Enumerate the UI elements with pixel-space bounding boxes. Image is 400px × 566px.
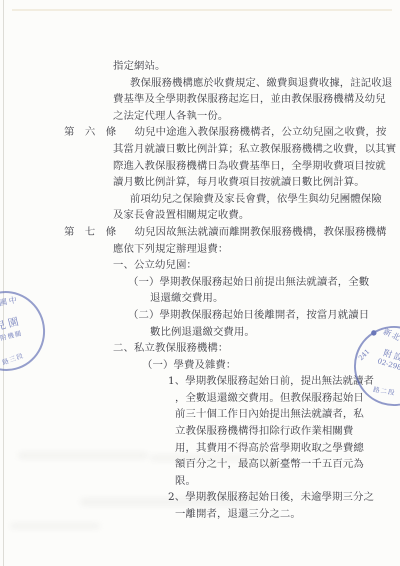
text-line-content: 退還繳交費用。: [150, 292, 223, 304]
text-line-content: 其當月就讀日數比例計算；私立教保服務機構之收費，以其實: [113, 143, 396, 155]
text-line-content: （一）學期教保服務起始日前提出無法就讀者，全數: [128, 276, 369, 288]
text-line-content: 2、學期教保服務起始日後，未逾學期三分之: [168, 491, 374, 503]
text-line: 前三十個工作日內始提出無法就讀者，私: [175, 406, 400, 423]
text-line: （二）學期教保服務起始日後離開者，按當月就讀日: [128, 307, 400, 324]
text-line-content: 際進入教保服務機構日為收費基準日，全學期收費項目按就: [113, 160, 386, 172]
text-line-content: 教保服務機構應於收費規定、繳費與退費收據，註記收退: [130, 77, 392, 89]
text-line-content: 立教保服務機構得扣除行政作業相關費: [175, 425, 353, 437]
article-text: 幼兒中途進入教保服務機構者，公立幼兒園之收費，按: [135, 126, 387, 138]
article-number: 第六條: [64, 126, 127, 138]
text-line: 退還繳交費用。: [150, 290, 400, 307]
text-line: 一離開者，退還三分之二。: [175, 506, 400, 523]
article-text: 幼兒因故無法就讀而離開教保服務機構，教保服務機構: [135, 226, 387, 238]
article-line: 第六條幼兒中途進入教保服務機構者，公立幼兒園之收費，按: [64, 124, 400, 141]
text-line: 用，其費用不得高於當學期收取之學費總: [175, 440, 400, 457]
document-text-block: 指定網站。教保服務機構應於收費規定、繳費與退費收據，註記收退費基準及全學期教保服…: [0, 58, 400, 523]
text-line-content: 數比例退還繳交費用。: [150, 326, 255, 338]
text-line: 前項幼兒之保險費及家長會費，依學生與幼兒團體保險: [130, 191, 400, 208]
text-line-content: 前三十個工作日內始提出無法就讀者，私: [175, 408, 364, 420]
text-line: 立教保服務機構得扣除行政作業相關費: [175, 423, 400, 440]
text-line-content: 費基準及全學期教保服務起迄日，並由教保服務機構及幼兒: [113, 93, 386, 105]
text-line: 際進入教保服務機構日為收費基準日，全學期收費項目按就: [113, 158, 400, 175]
text-line-content: 1、學期教保服務起始日前，提出無法就讀者: [168, 375, 374, 387]
text-line: 其當月就讀日數比例計算；私立教保服務機構之收費，以其實: [113, 141, 400, 158]
scanned-document-page: 指定網站。教保服務機構應於收費規定、繳費與退費收據，註記收退費基準及全學期教保服…: [0, 0, 400, 566]
text-line: （一）學期教保服務起始日前提出無法就讀者，全數: [128, 274, 400, 291]
text-line-content: 一離開者，退還三分之二。: [175, 508, 301, 520]
text-line-content: 額百分之十，最高以新臺幣一千五百元為: [175, 458, 364, 470]
article-line: 第七條幼兒因故無法就讀而離開教保服務機構，教保服務機構: [64, 224, 400, 241]
text-line: 教保服務機構應於收費規定、繳費與退費收據，註記收退: [130, 75, 400, 92]
text-line-content: ，全數退還繳交費用。但教保服務起始日: [175, 392, 364, 404]
text-line-content: 一、公立幼兒園：: [113, 259, 197, 271]
text-line: 應依下列規定辦理退費：: [113, 241, 400, 258]
text-line-content: （一）學費及雜費：: [142, 359, 236, 371]
text-line-content: 讀月數比例計算，每月收費項目按就讀日數比例計算。: [113, 176, 365, 188]
text-line-content: （二）學期教保服務起始日後離開者，按當月就讀日: [128, 309, 369, 321]
scan-smudge: [10, 523, 100, 529]
text-line: 讀月數比例計算，每月收費項目按就讀日數比例計算。: [113, 174, 400, 191]
text-line: 限。: [175, 473, 400, 490]
article-number: 第七條: [64, 226, 127, 238]
text-line: 一、公立幼兒園：: [113, 257, 400, 274]
text-line-content: 限。: [175, 475, 196, 487]
text-line: 2、學期教保服務起始日後，未逾學期三分之: [168, 489, 400, 506]
text-line-content: 用，其費用不得高於當學期收取之學費總: [175, 442, 364, 454]
text-line: 額百分之十，最高以新臺幣一千五百元為: [175, 456, 400, 473]
text-line-content: 前項幼兒之保險費及家長會費，依學生與幼兒團體保險: [130, 193, 382, 205]
text-line-content: 指定網站。: [113, 60, 165, 72]
text-line-content: 應依下列規定辦理退費：: [113, 243, 228, 255]
text-line: 之法定代理人各執一份。: [113, 108, 400, 125]
text-line: 及家長會設置相關規定收費。: [113, 207, 400, 224]
text-line-content: 之法定代理人各執一份。: [113, 110, 228, 122]
text-line-content: 及家長會設置相關規定收費。: [113, 209, 249, 221]
text-line: 指定網站。: [113, 58, 400, 75]
text-line-content: 二、私立教保服務機構：: [113, 342, 228, 354]
text-line: 費基準及全學期教保服務起迄日，並由教保服務機構及幼兒: [113, 91, 400, 108]
scan-edge-top-line: [12, 9, 392, 11]
